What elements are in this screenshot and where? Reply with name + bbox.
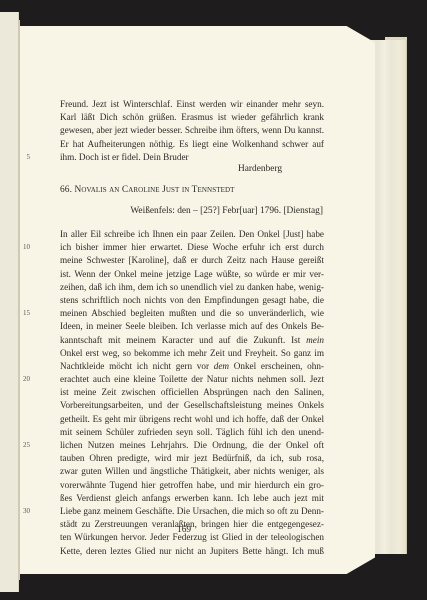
line-number: 20: [20, 375, 30, 383]
text-line: Vorbereitungsarbeiten, und der Gesellsch…: [60, 399, 324, 412]
text-line: ten Würkungen hervor. Jeder Federzug ist…: [60, 531, 324, 544]
text-line: stens schriftlich noch nichts von den Em…: [60, 294, 324, 307]
text-line: zwar guten Willen und ängstliche Thätigk…: [60, 465, 324, 478]
line-number: 25: [20, 441, 30, 449]
text-line: vorerwähnte Tugend hier getroffen habe, …: [60, 479, 324, 492]
page-number: 169: [177, 525, 191, 535]
letter-closing-paragraph: Freund. Jezt ist Winterschlaf. Einst wer…: [60, 98, 324, 164]
emphasized-word: mein: [306, 335, 324, 345]
text-line: zeihen, daß ich ihm, dem ich so unendlic…: [60, 281, 324, 294]
line-number: 10: [20, 243, 30, 251]
text-line: Karl läßt Dich schön grüßen. Erasmus ist…: [60, 111, 324, 124]
page-block-edges: [370, 40, 407, 554]
text-line: Onkel erst weg, so bekomme ich mehr Zeit…: [60, 347, 324, 360]
text-line: städt zu Zerstreuungen veranlaßten, brin…: [60, 518, 324, 531]
letter-dateline: Weißenfels: den – [25?] Febr[uar] 1796. …: [120, 206, 323, 216]
line-number: 30: [20, 507, 30, 515]
text-line: ßes Verdienst gleich anfangs erwerben ka…: [60, 492, 324, 505]
binding-gutter: [18, 20, 20, 580]
text-line: lichen Nutzen meines Lehrjahrs. Die Ordn…: [60, 439, 324, 452]
letter-body: In aller Eil schreibe ich Ihnen ein paar…: [60, 228, 324, 558]
text-line: tauben Ohren predigte, wird mir jezt Bed…: [60, 452, 324, 465]
text-line: ist meine Zeit zwischen officiellen Absp…: [60, 386, 324, 399]
text-line: ist. Wenn der Onkel meine jetzige Lage w…: [60, 268, 324, 281]
line-number: 5: [20, 153, 30, 161]
text-line: Nachtkleide möcht ich nicht gern vor dem…: [60, 360, 324, 373]
text-line: In aller Eil schreibe ich Ihnen ein paar…: [60, 228, 324, 241]
text-line: Kette, deren leztes Glied nur nicht an J…: [60, 545, 324, 558]
signature: Hardenberg: [238, 164, 282, 174]
text-line: meine Schwester [Karoline], daß er durch…: [60, 254, 324, 267]
text-line: ihm. Doch ist er fidel. Dein Bruder: [60, 151, 324, 164]
text-line: kanntschaft mit meinem Karacter und auf …: [60, 334, 324, 347]
text-line: meinen Abschied begleiten mußten und die…: [60, 307, 324, 320]
text-line: getheilt. Es geht mir übrigens recht woh…: [60, 413, 324, 426]
text-line: Er hat Aufheiterungen nöthig. Es liegt e…: [60, 138, 324, 151]
text-line: Liebe ganz meinem Geschäfte. Die Ursache…: [60, 505, 324, 518]
text-line: Freund. Jezt ist Winterschlaf. Einst wer…: [60, 98, 324, 111]
emphasized-word: dem: [214, 361, 229, 371]
text-line: mit seinem Schüler zufrieden seyn soll. …: [60, 426, 324, 439]
book-page: Freund. Jezt ist Winterschlaf. Einst wer…: [20, 26, 375, 574]
text-line: erachtet auch eine kleine Toilette der N…: [60, 373, 324, 386]
text-line: ich bisher immer hier erwartet. Diese Wo…: [60, 241, 324, 254]
text-line: Ideen, in meiner Seele bleiben. Ich verl…: [60, 320, 324, 333]
line-number: 15: [20, 309, 30, 317]
letter-heading: 66. Novalis an Caroline Just in Tennsted…: [60, 185, 234, 195]
text-line: gewesen, aber jezt wieder besser. Schrei…: [60, 124, 324, 137]
facing-page-edge: [0, 12, 19, 592]
